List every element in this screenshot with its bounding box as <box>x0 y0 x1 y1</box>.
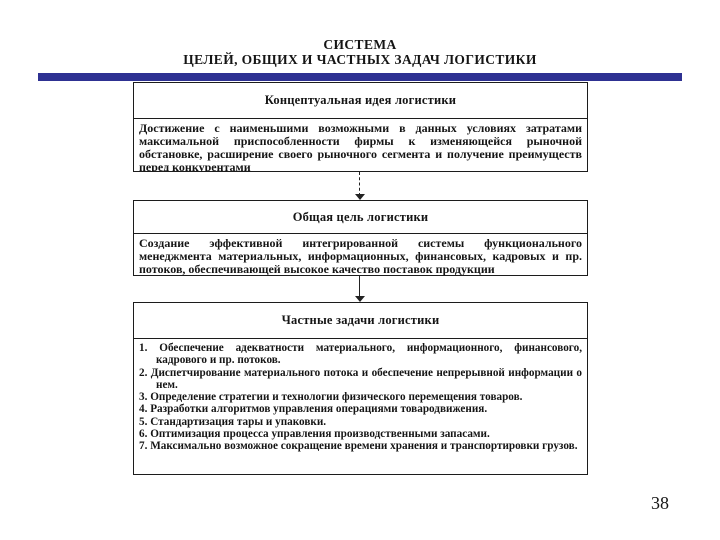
down-arrow-connector-2 <box>355 276 365 302</box>
task-item: 7. Максимально возможное сокращение врем… <box>139 440 582 452</box>
page-title-line2: ЦЕЛЕЙ, ОБЩИХ И ЧАСТНЫХ ЗАДАЧ ЛОГИСТИКИ <box>0 53 720 68</box>
down-arrow-connector-1 <box>355 172 365 200</box>
tasks-box: Частные задачи логистики 1. Обеспечение … <box>133 302 588 475</box>
goal-box-body: Создание эффективной интегрированной сис… <box>134 234 587 276</box>
page-title-line1: СИСТЕМА <box>0 38 720 53</box>
concept-box-header: Концептуальная идея логистики <box>134 83 587 119</box>
tasks-box-header: Частные задачи логистики <box>134 303 587 339</box>
concept-box: Концептуальная идея логистики Достижение… <box>133 82 588 172</box>
page-number: 38 <box>651 493 669 513</box>
divider-bar <box>38 73 682 81</box>
task-item: 1. Обеспечение адекватности материальног… <box>139 342 582 367</box>
tasks-list: 1. Обеспечение адекватности материальног… <box>134 339 587 455</box>
concept-box-body: Достижение с наименьшими возможными в да… <box>134 119 587 172</box>
page-title: СИСТЕМА ЦЕЛЕЙ, ОБЩИХ И ЧАСТНЫХ ЗАДАЧ ЛОГ… <box>0 38 720 67</box>
task-item: 5. Стандартизация тары и упаковки. <box>139 416 582 428</box>
task-item: 6. Оптимизация процесса управления произ… <box>139 428 582 440</box>
arrow-shaft <box>359 276 360 298</box>
slide: СИСТЕМА ЦЕЛЕЙ, ОБЩИХ И ЧАСТНЫХ ЗАДАЧ ЛОГ… <box>0 0 720 540</box>
task-item: 3. Определение стратегии и технологии фи… <box>139 391 582 403</box>
goal-box-header: Общая цель логистики <box>134 201 587 234</box>
task-item: 2. Диспетчирование материального потока … <box>139 367 582 392</box>
task-item: 4. Разработки алгоритмов управления опер… <box>139 403 582 415</box>
arrow-shaft <box>359 172 360 196</box>
goal-box: Общая цель логистики Создание эффективно… <box>133 200 588 276</box>
